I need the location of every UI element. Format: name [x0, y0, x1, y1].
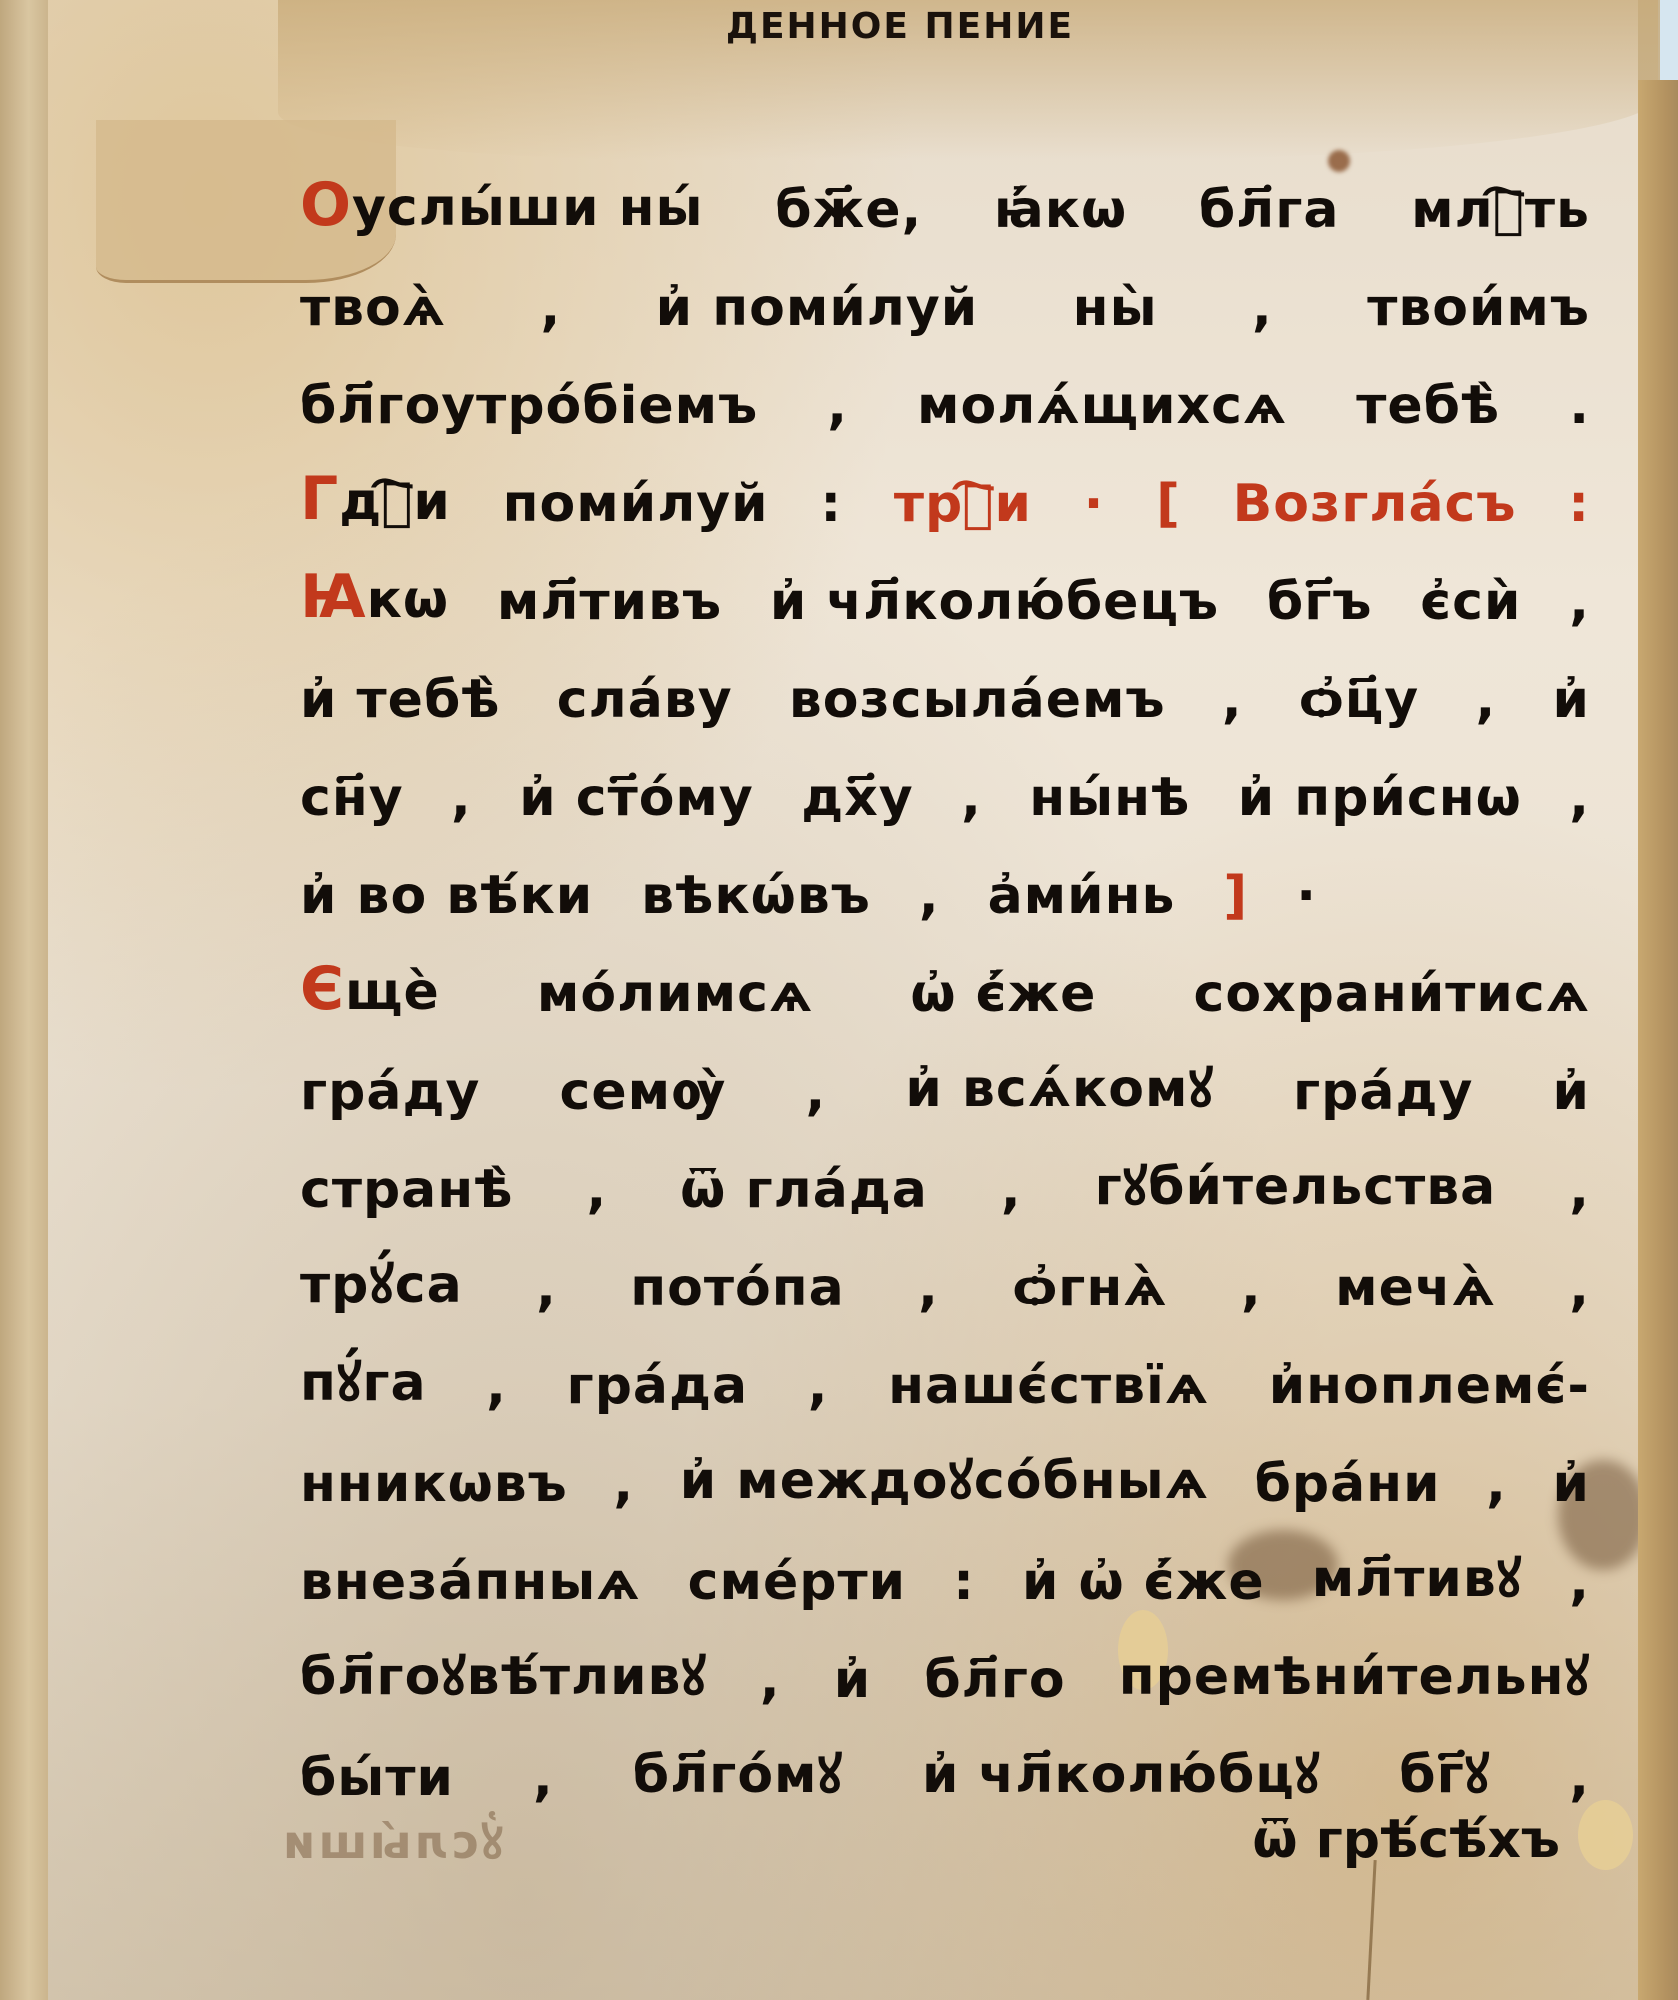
book-fore-edge [1638, 80, 1678, 2000]
rubric-bracket: ] [1223, 866, 1248, 926]
text-line: трꙋ́са , пото́па , ѻ҆гнѧ̀ , мечѧ̀ , [300, 1218, 1590, 1318]
rubric-bracket: [ [1156, 474, 1181, 534]
word: сла́ву [557, 670, 733, 730]
punctuation: , [1222, 670, 1243, 730]
text-line: странѣ̀ , ѿ гла́да , гꙋби́тельства , [300, 1120, 1590, 1220]
punctuation: : [953, 1552, 975, 1612]
bleed-through-text: ꙋ҆слы́ши [280, 1810, 503, 1872]
word: дх҃у [801, 768, 913, 828]
text-line: внеза́пныѧ сме́рти : и҆ ѡ҆ є҆́же мл҃тивꙋ… [300, 1512, 1590, 1612]
word: и҆ [834, 1650, 871, 1710]
text-line: Єщѐ мо́лимсѧ ѡ҆ є҆́же сохрани́тисѧ [300, 924, 1590, 1024]
word: твои́мъ [1367, 278, 1590, 338]
word: твоѧ̀ [300, 278, 446, 338]
text-line: и҆ тебѣ̀ сла́ву возсыла́емъ , ѻ҆ц҃у , и҆ [300, 630, 1590, 730]
word: и҆ поми́луй [656, 278, 979, 338]
word: странѣ̀ [300, 1160, 513, 1220]
word: ны̀ [1073, 278, 1158, 338]
word: семѹ̀ [560, 1062, 727, 1122]
word: и҆ чл҃колю́бцꙋ [922, 1737, 1320, 1808]
catchword: ѿ грѣ́сѣ́хъ [1160, 1810, 1560, 1870]
text-line: Ꙗкѡ мл҃тивъ и҆ чл҃колю́бецъ бг҃ъ є҆сѝ , [300, 532, 1590, 632]
rubric-word: трⷯ҇и [894, 474, 1032, 534]
punctuation: , [540, 278, 561, 338]
word: є҆сѝ [1420, 572, 1521, 632]
punctuation: , [808, 1356, 829, 1416]
running-header: ДЕННОЕ ПЕНИЕ [700, 6, 1100, 47]
word: возсыла́емъ [789, 670, 1166, 730]
word: и҆ при́снѡ [1238, 768, 1522, 828]
punctuation: , [1252, 278, 1273, 338]
word: вѣкѡ́въ [641, 866, 871, 926]
word: ны́нѣ [1029, 768, 1190, 828]
word: бж҃е, [775, 180, 922, 240]
text-line: бл҃гоꙋвѣ́тливꙋ , и҆ бл҃го премѣни́тельнꙋ [300, 1610, 1590, 1710]
punctuation: , [533, 1748, 554, 1808]
punctuation: , [1569, 1258, 1590, 1318]
word: щѐ [345, 962, 440, 1022]
word: бл҃го́мꙋ [633, 1737, 843, 1808]
punctuation: , [1569, 1748, 1590, 1808]
red-initial: Г [300, 464, 339, 534]
word: трꙋ́са [300, 1247, 463, 1318]
word: мл҃тивꙋ [1312, 1541, 1522, 1612]
background-sky [1660, 0, 1678, 80]
word: нашє́ствїѧ [888, 1356, 1209, 1416]
word: нникѡвъ [300, 1454, 568, 1514]
text-line: нникѡвъ , и҆ междоꙋсо́бныѧ бра́ни , и҆ [300, 1414, 1590, 1514]
punctuation: : [820, 474, 842, 534]
word: бл҃гоутро́біемъ [300, 376, 758, 436]
punctuation: , [919, 866, 940, 926]
punctuation: , [806, 1062, 827, 1122]
word: а҆ми́нь [988, 866, 1176, 926]
word: гꙋби́тельства [1095, 1149, 1497, 1220]
text-line: и҆ во вѣ́ки вѣкѡ́въ , а҆ми́нь ] · [300, 826, 1590, 926]
word: дⷭ҇и [339, 472, 451, 532]
word: и҆ [1553, 1454, 1590, 1514]
word: тебѣ̀ [1356, 376, 1500, 436]
word: премѣни́тельнꙋ [1119, 1639, 1590, 1710]
word: и҆ ст҃о́му [519, 768, 754, 828]
word: ѡ҆ є҆́же [910, 964, 1096, 1024]
punctuation: , [613, 1454, 634, 1514]
word: бра́ни [1255, 1454, 1441, 1514]
rubric-word: Возгла́съ [1233, 474, 1517, 534]
rubric-punctuation: : [1568, 474, 1590, 534]
word: пꙋ́га [300, 1345, 427, 1416]
word: ѻ҆гнѧ̀ [1012, 1258, 1167, 1318]
word: и҆ ѡ҆ є҆́же [1022, 1552, 1265, 1612]
text-line: сн҃у , и҆ ст҃о́му дх҃у , ны́нѣ и҆ при́сн… [300, 728, 1590, 828]
word: сме́рти [688, 1552, 906, 1612]
red-initial: Ꙗ [300, 562, 367, 632]
text-line: бы́ти , бл҃го́мꙋ и҆ чл҃колю́бцꙋ бг҃ꙋ , [300, 1708, 1590, 1808]
word: мл҃тивъ [497, 572, 722, 632]
punctuation: , [451, 768, 472, 828]
word: бл҃го [924, 1650, 1065, 1710]
word: внеза́пныѧ [300, 1552, 641, 1612]
punctuation: , [1569, 572, 1590, 632]
text-line: гра́ду семѹ̀ , и҆ всѧ́комꙋ гра́ду и҆ [300, 1022, 1590, 1122]
word: и҆ междоꙋсо́бныѧ [680, 1443, 1209, 1514]
text-line: твоѧ̀ , и҆ поми́луй ны̀ , твои́мъ [300, 238, 1590, 338]
punctuation: , [1569, 768, 1590, 828]
punctuation: . [1569, 376, 1590, 436]
word: сн҃у [300, 768, 404, 828]
punctuation: , [1475, 670, 1496, 730]
word: ꙗ҆́кѡ [994, 180, 1127, 240]
word: кѡ [367, 570, 450, 630]
word: услы́ши ны́ [352, 178, 704, 238]
punctuation: , [827, 376, 848, 436]
punctuation: , [918, 1258, 939, 1318]
red-initial: О [300, 170, 352, 240]
punctuation: , [586, 1160, 607, 1220]
punctuation: , [1001, 1160, 1022, 1220]
word: и҆ чл҃колю́бецъ [770, 572, 1219, 632]
paper-hole [1578, 1800, 1633, 1870]
text-line: Гдⷭ҇и поми́луй : трⷯ҇и · [ Возгла́съ : [300, 434, 1590, 534]
punctuation: , [1569, 1160, 1590, 1220]
word: поми́луй [503, 474, 769, 534]
punctuation: , [1486, 1454, 1507, 1514]
punctuation: , [486, 1356, 507, 1416]
punctuation: , [961, 768, 982, 828]
word: бл҃га [1199, 180, 1340, 240]
text-line: Оуслы́ши ны́ бж҃е, ꙗ҆́кѡ бл҃га млⷭ҇ть [300, 140, 1590, 240]
word: млⷭ҇ть [1411, 180, 1590, 240]
text-line: пꙋ́га , гра́да , нашє́ствїѧ и҆ноплемє́- [300, 1316, 1590, 1416]
punctuation: , [1569, 1552, 1590, 1612]
punctuation: , [536, 1258, 557, 1318]
previous-page-edge [0, 0, 50, 2000]
word: сохрани́тисѧ [1194, 964, 1590, 1024]
word: мо́лимсѧ [537, 964, 813, 1024]
word: бл҃гоꙋвѣ́тливꙋ [300, 1639, 707, 1710]
word: мечѧ̀ [1335, 1258, 1496, 1318]
word: бг҃ъ [1267, 572, 1373, 632]
word: и҆ [1553, 1062, 1590, 1122]
punctuation: , [1241, 1258, 1262, 1318]
word: и҆ноплемє́- [1269, 1356, 1590, 1416]
text-line: бл҃гоутро́біемъ , молѧ́щихсѧ тебѣ̀ . [300, 336, 1590, 436]
word: бг҃ꙋ [1399, 1737, 1490, 1808]
word: бы́ти [300, 1748, 454, 1808]
word: и҆ [1553, 670, 1590, 730]
word: гра́ду [300, 1062, 480, 1122]
punctuation: , [760, 1650, 781, 1710]
red-initial: Є [300, 954, 345, 1024]
word: пото́па [630, 1258, 845, 1318]
punctuation: · [1296, 866, 1317, 926]
word: ѿ гла́да [680, 1160, 928, 1220]
rubric-punctuation: · [1084, 474, 1105, 534]
word: гра́да [567, 1356, 749, 1416]
word: и҆ во вѣ́ки [300, 866, 593, 926]
word: и҆ тебѣ̀ [300, 670, 501, 730]
word: ѻ҆ц҃у [1299, 670, 1419, 730]
word: молѧ́щихсѧ [917, 376, 1287, 436]
word: гра́ду [1293, 1062, 1473, 1122]
word: и҆ всѧ́комꙋ [905, 1051, 1213, 1122]
